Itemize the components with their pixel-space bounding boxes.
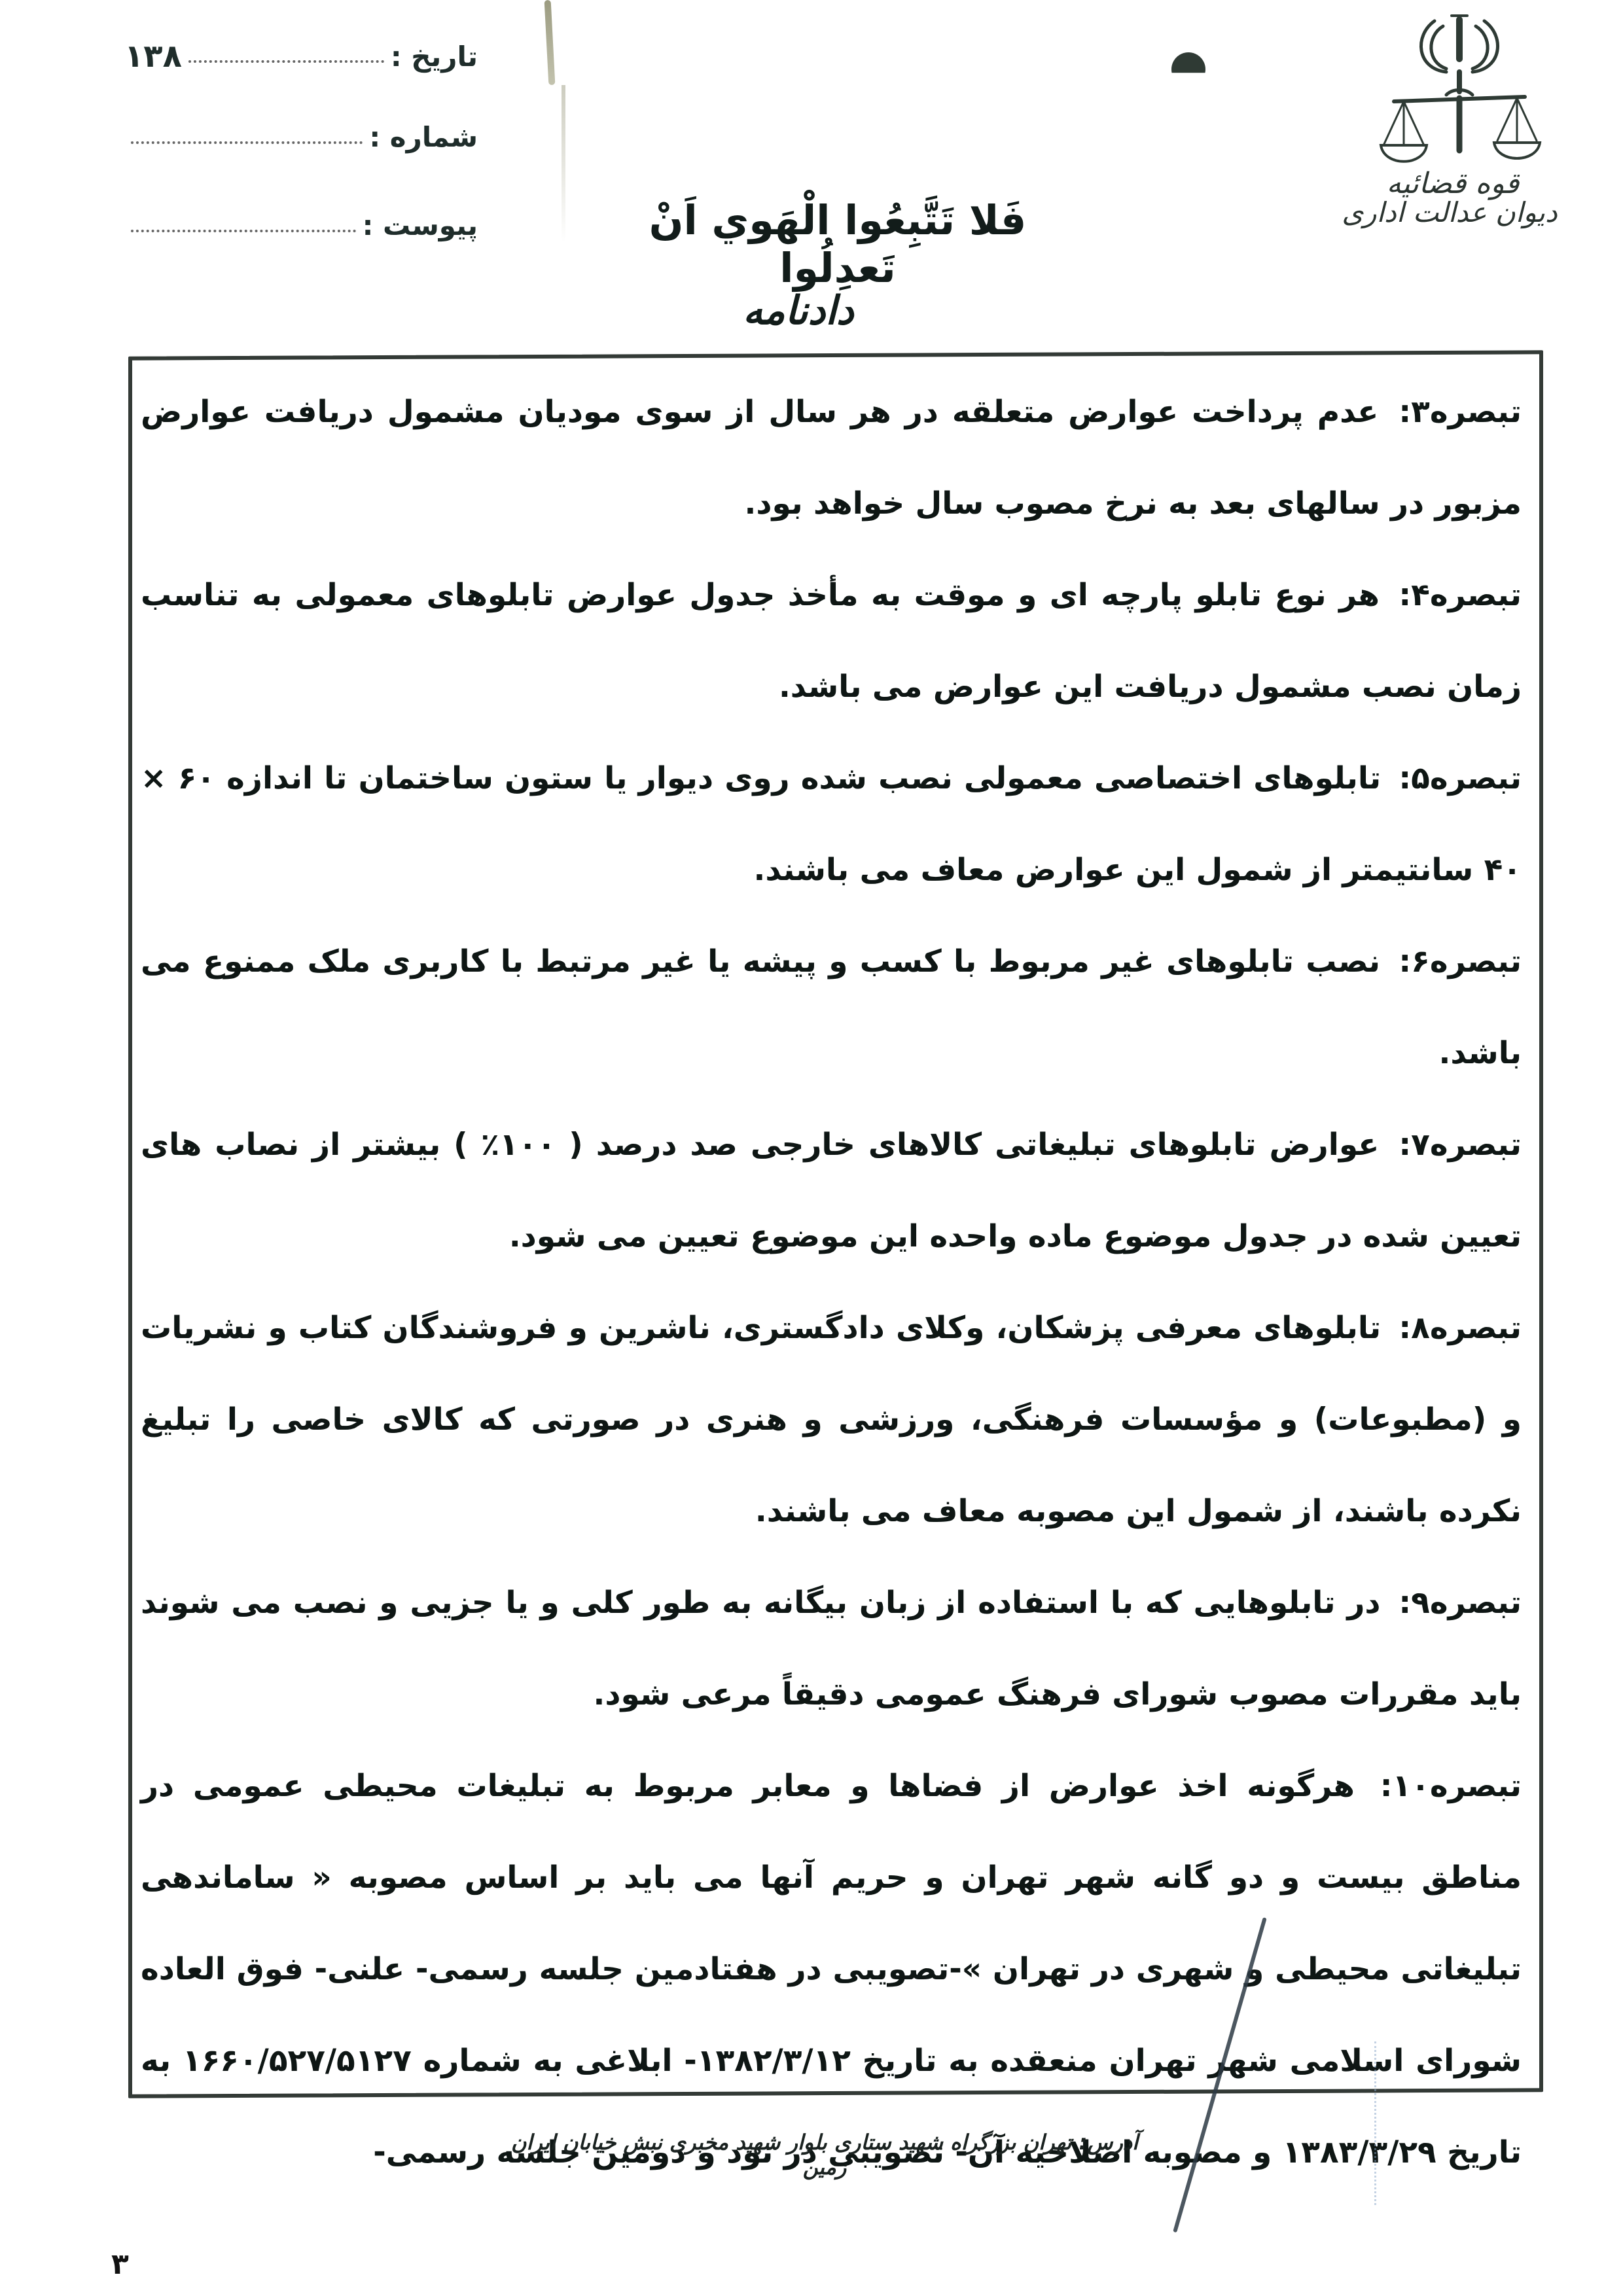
- number-field: شماره :: [124, 121, 478, 153]
- note-5-heading: تبصره۵:: [1399, 760, 1522, 796]
- note-9-heading: تبصره۹:: [1399, 1585, 1522, 1621]
- note-7: تبصره۷: عوارض تابلوهای تبلیغاتی کالاهای …: [141, 1099, 1522, 1282]
- organization-name-primary: قوه قضائیه: [1368, 167, 1538, 200]
- document-body: تبصره۳: عدم پرداخت عوارض متعلقه در هر سا…: [141, 366, 1522, 2199]
- note-7-heading: تبصره۷:: [1399, 1127, 1522, 1163]
- note-6-heading: تبصره۶:: [1399, 944, 1522, 980]
- page-number: ۳: [111, 2248, 129, 2281]
- date-field: تاریخ : ۱۳۸: [124, 38, 478, 75]
- note-6-text: نصب تابلوهای غیر مربوط با کسب و پیشه یا …: [141, 944, 1522, 1071]
- date-value: ۱۳۸: [124, 38, 182, 75]
- number-dotted-line: [131, 141, 363, 144]
- note-3: تبصره۳: عدم پرداخت عوارض متعلقه در هر سا…: [141, 366, 1522, 550]
- scan-fold-trace: [562, 85, 565, 242]
- note-3-text: عدم پرداخت عوارض متعلقه در هر سال از سوی…: [141, 394, 1522, 521]
- organization-name-secondary: دیوان عدالت اداری: [1335, 196, 1564, 228]
- note-3-heading: تبصره۳:: [1399, 394, 1522, 430]
- note-5: تبصره۵: تابلوهای اختصاصی معمولی نصب شده …: [141, 733, 1522, 916]
- note-10-text: هرگونه اخذ عوارض از فضاها و معابر مربوط …: [141, 1768, 1522, 2170]
- note-9: تبصره۹: در تابلوهایی که با استفاده از زب…: [141, 1557, 1522, 1740]
- note-4: تبصره۴: هر نوع تابلو پارچه ای و موقت به …: [141, 550, 1522, 733]
- number-label: شماره :: [369, 121, 478, 153]
- date-dotted-line: [188, 60, 384, 63]
- attachment-field: پیوست :: [124, 209, 478, 241]
- motto: فَلا تَتَّبِعُوا الْهَوي اَنْ تَعدِلُوا: [628, 196, 1047, 292]
- note-10-heading: تبصره۱۰:: [1380, 1768, 1522, 1804]
- note-8-heading: تبصره۸:: [1399, 1310, 1522, 1346]
- note-8: تبصره۸: تابلوهای معرفی پزشکان، وکلای داد…: [141, 1282, 1522, 1557]
- note-6: تبصره۶: نصب تابلوهای غیر مربوط با کسب و …: [141, 916, 1522, 1099]
- date-label: تاریخ :: [391, 41, 478, 73]
- note-8-text: تابلوهای معرفی پزشکان، وکلای دادگستری، ن…: [141, 1310, 1522, 1529]
- scan-fold-mark: [544, 0, 556, 85]
- note-4-heading: تبصره۴:: [1399, 577, 1522, 613]
- hole-punch-mark: [1171, 52, 1205, 86]
- note-4-text: هر نوع تابلو پارچه ای و موقت به مأخذ جدو…: [141, 577, 1522, 705]
- attachment-dotted-line: [131, 230, 356, 232]
- footer-address: آدرس: تهران بزرگراه شهید ستاری بلوار شهی…: [497, 2130, 1152, 2180]
- note-5-text: تابلوهای اختصاصی معمولی نصب شده روی دیوا…: [141, 760, 1522, 888]
- document-title: دادنامه: [713, 288, 883, 334]
- attachment-label: پیوست :: [363, 209, 478, 241]
- note-7-text: عوارض تابلوهای تبلیغاتی کالاهای خارجی صد…: [141, 1127, 1522, 1254]
- document-page: تاریخ : ۱۳۸ شماره : پیوست :: [0, 0, 1623, 2296]
- note-9-text: در تابلوهایی که با استفاده از زبان بیگان…: [141, 1585, 1522, 1712]
- faint-stamp-trace: [1374, 2041, 1507, 2205]
